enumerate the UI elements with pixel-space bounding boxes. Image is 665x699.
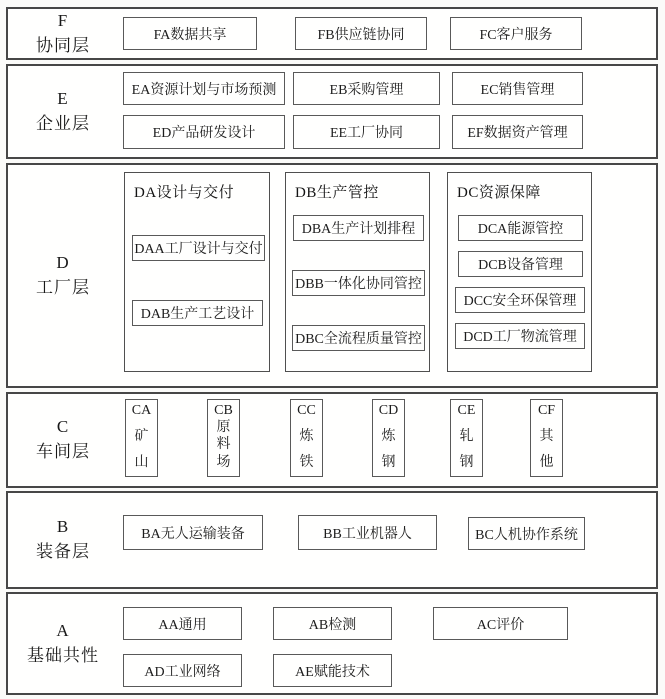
layer-c-workshop: C 车间层 CA 矿 山 CB 原 料 场 CC 炼 铁 CD 炼 <box>6 392 658 488</box>
box-dab: DAB生产工艺设计 <box>132 300 263 326</box>
box-ee: EE工厂协同 <box>293 115 440 149</box>
box-fa: FA数据共享 <box>123 17 257 50</box>
box-cf-char: 其 <box>540 429 554 444</box>
box-bc: BC人机协作系统 <box>468 517 585 550</box>
layer-c-name: 车间层 <box>36 440 90 465</box>
layer-a-label: A 基础共性 <box>8 594 118 693</box>
box-ca-char: 山 <box>135 455 149 470</box>
layer-f-name: 协同层 <box>36 34 90 59</box>
layer-d-factory: D 工厂层 DA设计与交付 DAA工厂设计与交付 DAB生产工艺设计 DB生产管… <box>6 163 658 388</box>
box-cc-code: CC <box>297 403 316 418</box>
box-dcb: DCB设备管理 <box>458 251 583 277</box>
box-cb-code: CB <box>214 403 233 418</box>
layer-a-name: 基础共性 <box>27 644 99 669</box>
group-db-title: DB生产管控 <box>295 181 379 202</box>
box-fb: FB供应链协同 <box>295 17 427 50</box>
layer-a-content: AA通用 AB检测 AC评价 AD工业网络 AE赋能技术 <box>118 594 656 693</box>
box-ce-char: 钢 <box>460 455 474 470</box>
box-dbc: DBC全流程质量管控 <box>292 325 425 351</box>
layer-a-foundation: A 基础共性 AA通用 AB检测 AC评价 AD工业网络 AE赋能技术 <box>6 592 658 695</box>
box-cd-char: 钢 <box>382 455 396 470</box>
box-fc: FC客户服务 <box>450 17 582 50</box>
box-ce-char: 轧 <box>460 429 474 444</box>
layer-c-content: CA 矿 山 CB 原 料 场 CC 炼 铁 CD 炼 钢 CE <box>118 394 656 486</box>
box-ad: AD工业网络 <box>123 654 242 687</box>
layer-b-label: B 装备层 <box>8 493 118 587</box>
box-cb-char: 场 <box>217 455 231 470</box>
layer-b-code: B <box>57 515 69 540</box>
box-cf-other: CF 其 他 <box>530 399 563 477</box>
layer-c-label: C 车间层 <box>8 394 118 486</box>
layer-b-equipment: B 装备层 BA无人运输装备 BB工业机器人 BC人机协作系统 <box>6 491 658 589</box>
box-cc-char: 炼 <box>300 429 314 444</box>
layer-f-collaboration: F 协同层 FA数据共享 FB供应链协同 FC客户服务 <box>6 7 658 60</box>
box-cf-char: 他 <box>540 455 554 470</box>
box-dcd: DCD工厂物流管理 <box>455 323 585 349</box>
box-ac: AC评价 <box>433 607 568 640</box>
box-cd-steelmaking: CD 炼 钢 <box>372 399 405 477</box>
box-aa: AA通用 <box>123 607 242 640</box>
box-dca: DCA能源管控 <box>458 215 583 241</box>
box-ba: BA无人运输装备 <box>123 515 263 550</box>
group-dc-resource-support: DC资源保障 DCA能源管控 DCB设备管理 DCC安全环保管理 DCD工厂物流… <box>447 172 592 372</box>
layer-e-name: 企业层 <box>36 112 90 137</box>
box-ce-code: CE <box>458 403 476 418</box>
box-cb-raw-material-yard: CB 原 料 场 <box>207 399 240 477</box>
layer-f-label: F 协同层 <box>8 9 118 58</box>
box-eb: EB采购管理 <box>293 72 440 105</box>
box-ec: EC销售管理 <box>452 72 583 105</box>
group-da-title: DA设计与交付 <box>134 181 234 202</box>
layer-d-code: D <box>56 251 69 276</box>
box-dcc: DCC安全环保管理 <box>455 287 585 313</box>
layer-e-content: EA资源计划与市场预测 EB采购管理 EC销售管理 ED产品研发设计 EE工厂协… <box>118 66 656 157</box>
box-cc-ironmaking: CC 炼 铁 <box>290 399 323 477</box>
box-ea: EA资源计划与市场预测 <box>123 72 285 105</box>
layer-e-code: E <box>57 87 68 112</box>
layer-c-code: C <box>57 415 69 440</box>
layer-b-name: 装备层 <box>36 540 90 565</box>
layer-f-content: FA数据共享 FB供应链协同 FC客户服务 <box>118 9 656 58</box>
box-ca-code: CA <box>132 403 151 418</box>
group-dc-title: DC资源保障 <box>457 181 541 202</box>
box-ae: AE赋能技术 <box>273 654 392 687</box>
layer-d-label: D 工厂层 <box>8 165 118 386</box>
box-cf-code: CF <box>538 403 555 418</box>
box-daa: DAA工厂设计与交付 <box>132 235 265 261</box>
box-cb-char: 原 <box>217 420 231 435</box>
box-dba: DBA生产计划排程 <box>293 215 424 241</box>
box-bb: BB工业机器人 <box>298 515 437 550</box>
layer-b-content: BA无人运输装备 BB工业机器人 BC人机协作系统 <box>118 493 656 587</box>
layer-d-name: 工厂层 <box>36 276 90 301</box>
box-ce-rolling: CE 轧 钢 <box>450 399 483 477</box>
box-ca-mine: CA 矿 山 <box>125 399 158 477</box>
box-cd-char: 炼 <box>382 429 396 444</box>
box-cc-char: 铁 <box>300 455 314 470</box>
box-cd-code: CD <box>379 403 398 418</box>
layer-a-code: A <box>56 619 69 644</box>
group-db-production-control: DB生产管控 DBA生产计划排程 DBB一体化协同管控 DBC全流程质量管控 <box>285 172 430 372</box>
layer-f-code: F <box>58 9 68 34</box>
box-dbb: DBB一体化协同管控 <box>292 270 425 296</box>
box-ed: ED产品研发设计 <box>123 115 285 149</box>
layer-e-label: E 企业层 <box>8 66 118 157</box>
architecture-diagram: F 协同层 FA数据共享 FB供应链协同 FC客户服务 E 企业层 EA资源计划… <box>0 0 665 699</box>
layer-e-enterprise: E 企业层 EA资源计划与市场预测 EB采购管理 EC销售管理 ED产品研发设计… <box>6 64 658 159</box>
box-ca-char: 矿 <box>135 429 149 444</box>
box-cb-char: 料 <box>217 437 231 452</box>
group-da-design-delivery: DA设计与交付 DAA工厂设计与交付 DAB生产工艺设计 <box>124 172 270 372</box>
layer-d-content: DA设计与交付 DAA工厂设计与交付 DAB生产工艺设计 DB生产管控 DBA生… <box>118 165 656 386</box>
box-ab: AB检测 <box>273 607 392 640</box>
box-ef: EF数据资产管理 <box>452 115 583 149</box>
